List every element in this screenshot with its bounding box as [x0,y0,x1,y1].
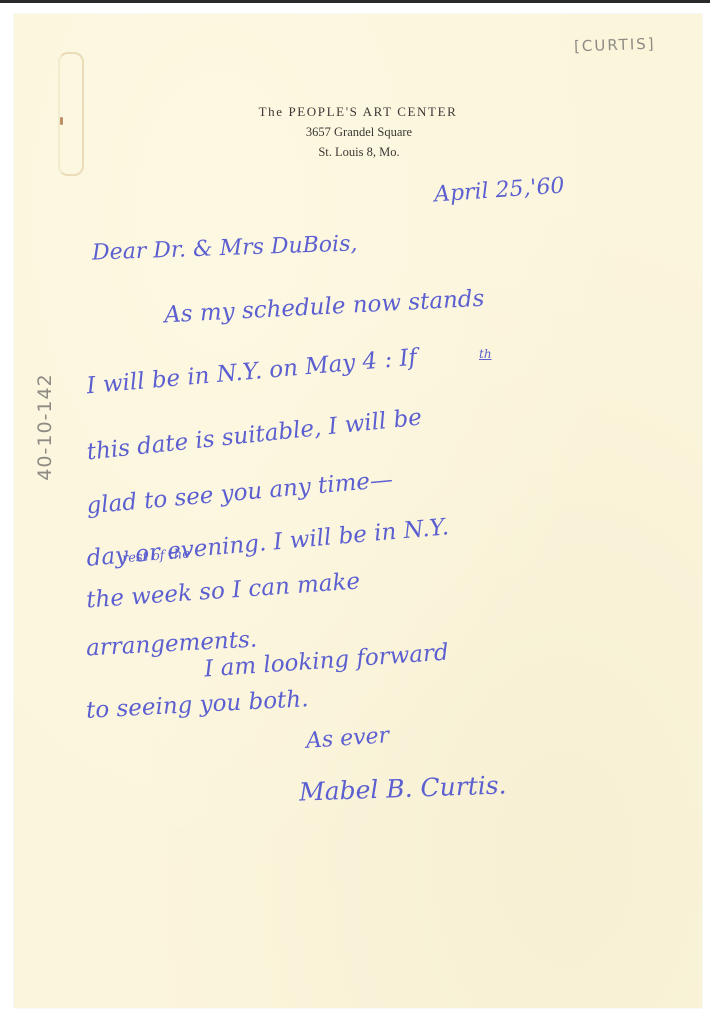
letterhead: The PEOPLE'S ART CENTER 3657 Grandel Squ… [14,104,694,160]
archive-name-annotation: [CURTIS] [574,35,656,56]
scan-edge [0,0,710,3]
letter-line-2: I will be in N.Y. on May 4 : If [85,345,418,400]
letter-line-1: As my schedule now stands [164,286,485,329]
letter-line-6: the week so I can make [85,568,360,613]
letter-salutation: Dear Dr. & Mrs DuBois, [92,231,358,265]
letter-line-3: this date is suitable, I will be [86,404,424,465]
letter-superscript-th: th [479,347,492,361]
archive-id-annotation: 40-10-142 [34,372,56,482]
letterhead-address-city: St. Louis 8, Mo. [24,145,694,160]
letter-line-9: to seeing you both. [85,686,309,724]
letterhead-address-street: 3657 Grandel Square [24,125,694,140]
letter-line-4: glad to see you any time— [85,467,393,520]
letter-signature: Mabel B. Curtis. [299,770,507,806]
letterhead-organization: The PEOPLE'S ART CENTER [22,104,694,120]
letter-closing: As ever [305,723,390,754]
letter-date: April 25,'60 [433,173,565,207]
letter-page: [CURTIS] 40-10-142 The PEOPLE'S ART CENT… [14,14,702,1008]
